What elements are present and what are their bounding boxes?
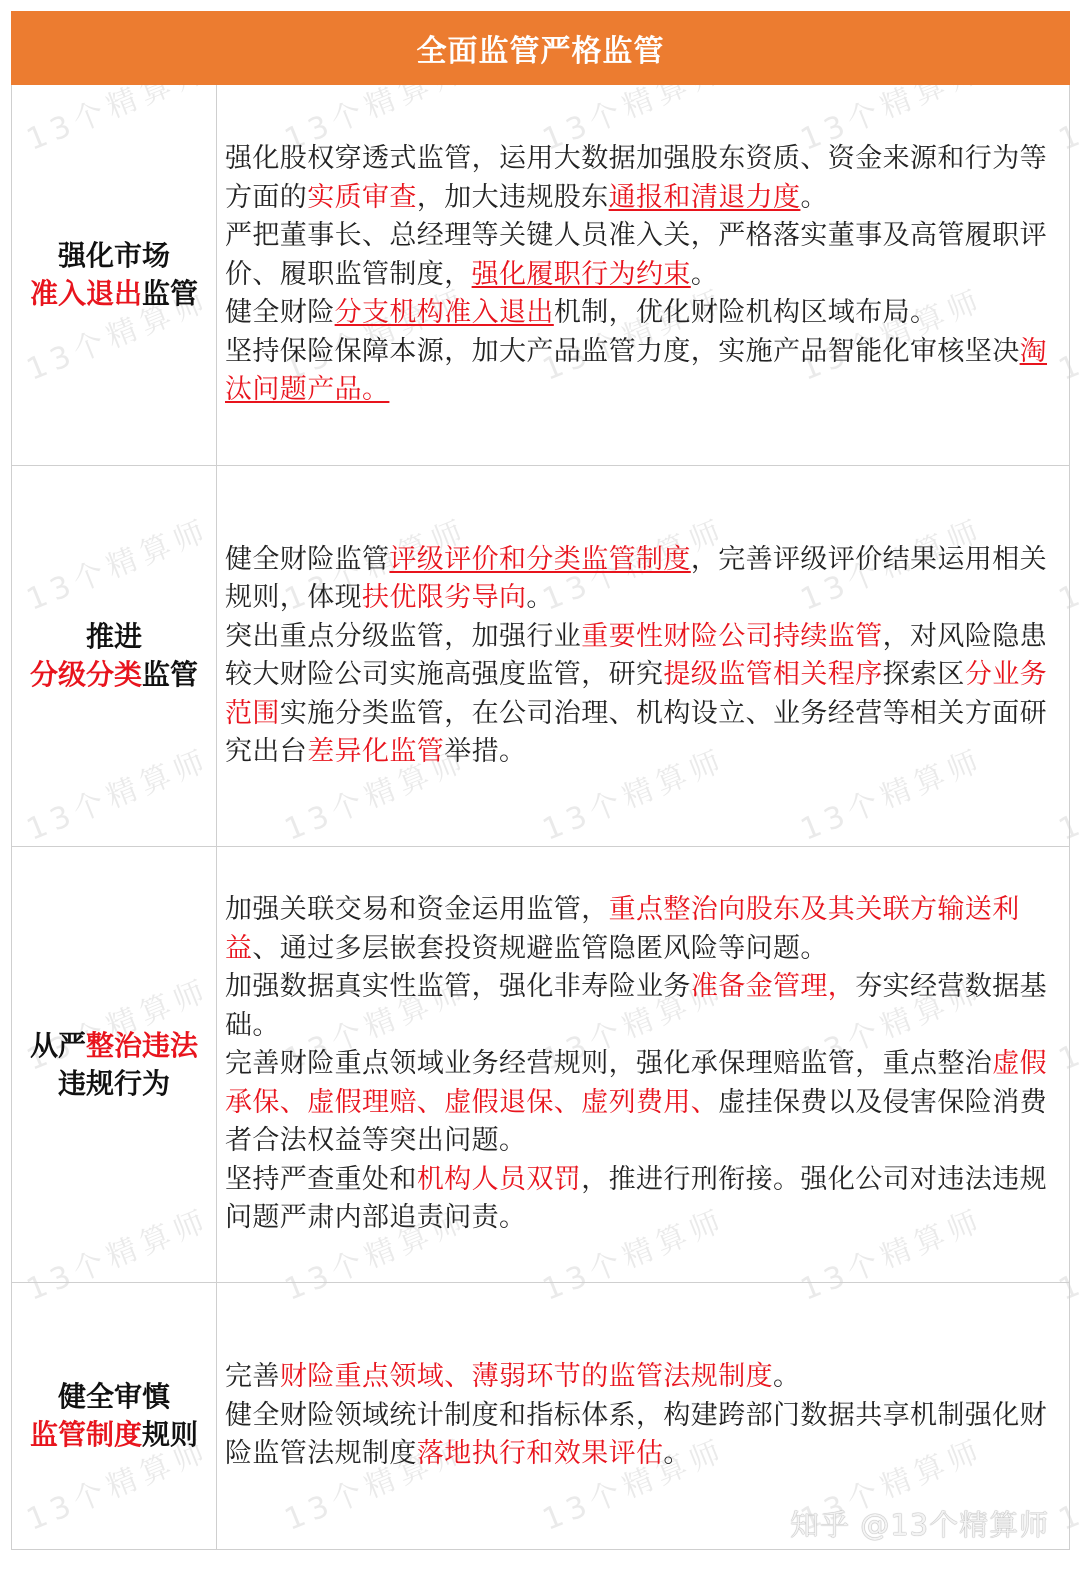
content-paragraph: 突出重点分级监管，加强行业重要性财险公司持续监管，对风险隐患较大财险公司实施高强… bbox=[225, 618, 1066, 772]
content-paragraph: 坚持保险保障本源，加大产品监管力度，实施产品智能化审核坚决淘汰问题产品。 bbox=[225, 333, 1066, 410]
content-paragraph: 坚持严查重处和机构人员双罚，推进行刑衔接。强化公司对违法违规问题严肃内部追责问责… bbox=[225, 1161, 1066, 1238]
category-text: 监管 bbox=[142, 277, 198, 310]
category-highlight: 准入退出 bbox=[30, 277, 142, 310]
content-paragraph: 强化股权穿透式监管，运用大数据加强股东资质、资金来源和行为等方面的实质审查，加大… bbox=[225, 140, 1066, 217]
content-highlight: 机构人员双罚 bbox=[417, 1164, 581, 1195]
category-highlight: 监管制度 bbox=[30, 1418, 142, 1451]
content-text: 坚持严查重处和 bbox=[225, 1164, 417, 1195]
content-text: 健全财险 bbox=[225, 297, 335, 328]
content-text: 加强数据真实性监管，强化非寿险业务 bbox=[225, 971, 691, 1002]
category-highlight: 分级分类 bbox=[30, 658, 142, 691]
category-line1: 健全审慎 bbox=[58, 1378, 170, 1416]
category-line1: 从严整治违法 bbox=[30, 1027, 198, 1065]
category-line1: 推进 bbox=[86, 618, 142, 656]
content-text: 。 bbox=[773, 1361, 800, 1392]
content-paragraph: 严把董事长、总经理等关键人员准入关，严格落实董事及高管履职评价、履职监管制度，强… bbox=[225, 217, 1066, 294]
content-paragraph: 加强数据真实性监管，强化非寿险业务准备金管理，夯实经营数据基础。 bbox=[225, 968, 1066, 1045]
content-highlight: 评级评价和分类监管制度 bbox=[389, 544, 690, 575]
content-highlight: 提级监管相关程序 bbox=[663, 659, 882, 690]
content-text: 坚持保险保障本源，加大产品监管力度，实施产品智能化审核坚决 bbox=[225, 336, 1020, 367]
content-highlight: 准备金管理， bbox=[691, 971, 855, 1002]
content-highlight: 扶优限劣导向 bbox=[362, 582, 526, 613]
content-text: 。 bbox=[526, 582, 553, 613]
content-paragraph: 健全财险监管评级评价和分类监管制度，完善评级评价结果运用相关规则，体现扶优限劣导… bbox=[225, 541, 1066, 618]
category-text: 监管 bbox=[142, 658, 198, 691]
content-text: 健全财险监管 bbox=[225, 544, 389, 575]
content-text: 、通过多层嵌套投资规避监管隐匿风险等问题。 bbox=[252, 933, 827, 964]
content-highlight: 差异化监管 bbox=[307, 736, 444, 767]
content-text: 。 bbox=[800, 182, 827, 213]
content-paragraph: 健全财险领域统计制度和指标体系，构建跨部门数据共享机制强化财险监管法规制度落地执… bbox=[225, 1397, 1066, 1474]
source-credit: 知乎 @13个精算师 bbox=[790, 1503, 1049, 1544]
category-text: 从严 bbox=[30, 1029, 86, 1062]
category-text: 推进 bbox=[86, 620, 142, 653]
category-text: 强化市场 bbox=[58, 239, 170, 272]
content-paragraph: 完善财险重点领域业务经营规则，强化承保理赔监管，重点整治虚假承保、虚假理赔、虚假… bbox=[225, 1045, 1066, 1161]
table-row: 推进分级分类监管健全财险监管评级评价和分类监管制度，完善评级评价结果运用相关规则… bbox=[11, 466, 1070, 847]
regulation-table: 全面监管严格监管 强化市场准入退出监管强化股权穿透式监管，运用大数据加强股东资质… bbox=[11, 11, 1070, 1550]
content-paragraph: 健全财险分支机构准入退出机制，优化财险机构区域布局。 bbox=[225, 294, 1066, 333]
category-line2: 分级分类监管 bbox=[30, 656, 198, 694]
content-highlight: 重要性财险公司持续监管 bbox=[581, 621, 882, 652]
content-text: 完善 bbox=[225, 1361, 280, 1392]
content-paragraph: 加强关联交易和资金运用监管，重点整治向股东及其关联方输送利益、通过多层嵌套投资规… bbox=[225, 891, 1066, 968]
content-highlight: 通报和清退力度 bbox=[609, 182, 801, 213]
category-text: 健全审慎 bbox=[58, 1380, 170, 1413]
row-content: 加强关联交易和资金运用监管，重点整治向股东及其关联方输送利益、通过多层嵌套投资规… bbox=[217, 847, 1069, 1282]
category-text: 规则 bbox=[142, 1418, 198, 1451]
content-highlight: 分支机构准入退出 bbox=[335, 297, 554, 328]
category-line1: 强化市场 bbox=[58, 237, 170, 275]
category-text: 违规行为 bbox=[58, 1067, 170, 1100]
table-row: 强化市场准入退出监管强化股权穿透式监管，运用大数据加强股东资质、资金来源和行为等… bbox=[11, 85, 1070, 466]
content-highlight: 强化履职行为约束 bbox=[472, 259, 691, 290]
category-line2: 准入退出监管 bbox=[30, 275, 198, 313]
row-category-label: 健全审慎监管制度规则 bbox=[12, 1283, 217, 1549]
row-category-label: 推进分级分类监管 bbox=[12, 466, 217, 846]
category-line2: 违规行为 bbox=[58, 1065, 170, 1103]
content-text: 突出重点分级监管，加强行业 bbox=[225, 621, 581, 652]
category-highlight: 整治违法 bbox=[86, 1029, 198, 1062]
content-text: 。 bbox=[663, 1438, 690, 1469]
table-row: 从严整治违法违规行为加强关联交易和资金运用监管，重点整治向股东及其关联方输送利益… bbox=[11, 847, 1070, 1283]
row-content: 健全财险监管评级评价和分类监管制度，完善评级评价结果运用相关规则，体现扶优限劣导… bbox=[217, 466, 1069, 846]
content-highlight: 财险重点领域、薄弱环节的监管法规制度 bbox=[280, 1361, 773, 1392]
content-highlight: 实质审查 bbox=[307, 182, 417, 213]
content-text: 机制，优化财险机构区域布局。 bbox=[554, 297, 938, 328]
row-content: 强化股权穿透式监管，运用大数据加强股东资质、资金来源和行为等方面的实质审查，加大… bbox=[217, 85, 1069, 465]
content-highlight: 落地执行和效果评估 bbox=[417, 1438, 664, 1469]
content-text: 加强关联交易和资金运用监管， bbox=[225, 894, 609, 925]
row-category-label: 从严整治违法违规行为 bbox=[12, 847, 217, 1282]
category-line2: 监管制度规则 bbox=[30, 1416, 198, 1454]
content-text: 探索区 bbox=[883, 659, 965, 690]
row-category-label: 强化市场准入退出监管 bbox=[12, 85, 217, 465]
content-text: 举措。 bbox=[444, 736, 526, 767]
table-header: 全面监管严格监管 bbox=[11, 11, 1070, 85]
content-text: 。 bbox=[691, 259, 718, 290]
content-paragraph: 完善财险重点领域、薄弱环节的监管法规制度。 bbox=[225, 1358, 1066, 1397]
content-text: ，加大违规股东 bbox=[417, 182, 609, 213]
table-title: 全面监管严格监管 bbox=[417, 26, 665, 70]
content-text: 完善财险重点领域业务经营规则，强化承保理赔监管，重点整治 bbox=[225, 1048, 992, 1079]
